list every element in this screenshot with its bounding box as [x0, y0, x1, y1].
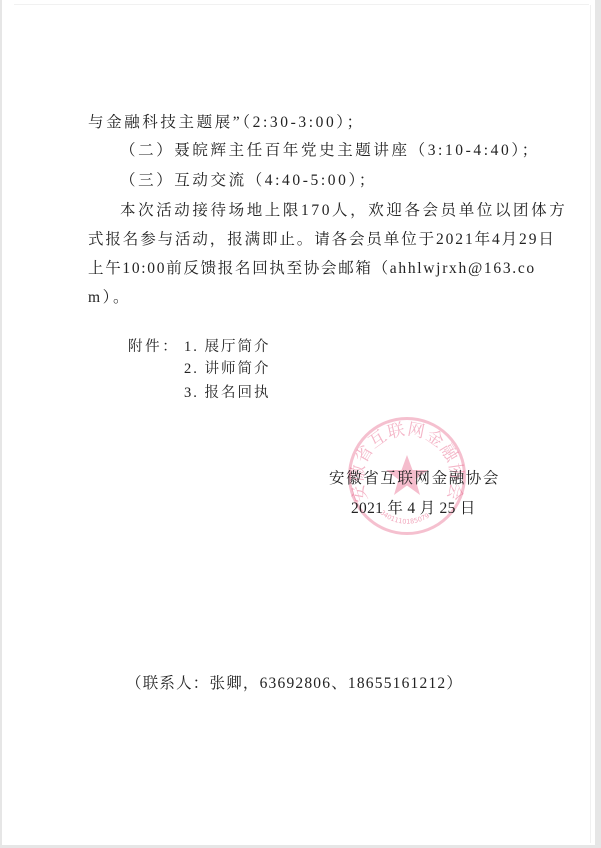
page-right-edge: [590, 5, 591, 843]
body-line-5: 式报名参与活动，报满即止。请各会员单位于2021年4月29日: [88, 230, 556, 250]
signature-date: 2021 年 4 月 25 日: [351, 499, 476, 519]
attachment-item-3: 3. 报名回执: [184, 383, 271, 403]
contact-info: （联系人：张卿，63692806、18655161212）: [126, 674, 463, 694]
body-line-6: 上午10:00前反馈报名回执至协会邮箱（ahhlwjrxh@163.co: [88, 259, 536, 279]
document-page: 与金融科技主题展”（2:30-3:00）； （二）聂皖辉主任百年党史主题讲座（3…: [2, 0, 595, 845]
signature-organization: 安徽省互联网金融协会: [329, 469, 500, 489]
body-line-1: 与金融科技主题展”（2:30-3:00）；: [88, 113, 365, 133]
body-line-7: m）。: [88, 288, 131, 308]
page-top-edge: [14, 4, 589, 5]
body-line-4: 本次活动接待场地上限170人，欢迎各会员单位以团体方: [120, 201, 567, 221]
attachments-label: 附件：: [128, 337, 179, 357]
attachment-item-1: 1. 展厅简介: [184, 337, 271, 357]
attachment-item-2: 2. 讲师简介: [184, 359, 271, 379]
body-line-3: （三）互动交流（4:40-5:00）；: [120, 171, 377, 191]
body-line-2: （二）聂皖辉主任百年党史主题讲座（3:10-4:40）；: [120, 141, 540, 161]
